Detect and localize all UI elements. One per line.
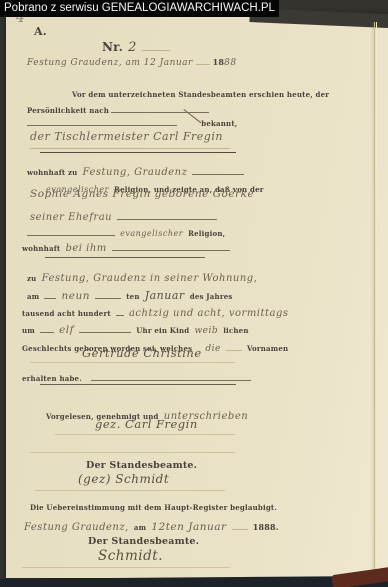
blank-line <box>40 331 54 333</box>
intro-printed-line: Vor dem unterzeichneten Standesbeamten e… <box>72 90 329 99</box>
blank-line <box>91 379 251 381</box>
certification-line: Die Uebereinstimmung mit dem Haupt-Regis… <box>30 503 277 512</box>
blank-line <box>192 173 244 175</box>
registrar-title: Der Standesbeamte. <box>86 460 197 471</box>
identity-label: Persönlichkeit nach <box>27 106 109 115</box>
registrar-signature: (gez) Schmidt <box>78 472 169 486</box>
residence2-label: wohnhaft <box>22 244 60 253</box>
blank-line <box>112 249 230 251</box>
gender-suffix: lichen <box>223 326 248 335</box>
scan-background-bottom <box>0 576 388 587</box>
birthplace-label: zu <box>27 274 36 283</box>
cert-place: Festung Graudenz, <box>24 522 129 533</box>
birthdate-des-jahres: des Jahres <box>190 292 233 301</box>
birthplace-value: Festung, Graudenz in seiner Wohnung, <box>42 273 258 284</box>
blank-line <box>44 297 56 299</box>
blank-line <box>226 349 242 351</box>
blank-line <box>30 452 235 453</box>
page-edge-line <box>374 22 375 573</box>
blank-line <box>111 111 209 113</box>
received-label: erhalten habe. <box>22 374 82 383</box>
source-caption-text: Pobrano z serwisu GENEALOGIAWARCHIWACH.P… <box>4 2 275 14</box>
blank-line <box>40 384 236 385</box>
blank-line <box>55 434 235 435</box>
record-number-value: 2 <box>128 40 137 55</box>
child-names: Gertrude Christine <box>82 346 202 360</box>
identity-known: bekannt, <box>201 119 237 128</box>
blank-line <box>45 257 205 258</box>
blank-line <box>196 63 210 65</box>
blank-line <box>117 218 217 220</box>
section-letter: A. <box>34 25 47 38</box>
birthdate-ten: ten <box>126 292 139 301</box>
blank-line <box>79 331 131 333</box>
gender-line-printed-b: Vornamen <box>247 344 288 353</box>
blank-line <box>116 314 124 316</box>
source-caption-bar: Pobrano z serwisu GENEALOGIAWARCHIWACH.P… <box>0 0 279 17</box>
record-number-label: Nr. <box>102 40 123 54</box>
mother-name: Sophie Agnes Fregin geborene Goerke <box>30 188 254 200</box>
blank-line <box>95 297 121 299</box>
birthdate-am: am <box>27 292 39 301</box>
blank-line <box>30 147 230 149</box>
residence2-value: bei ihm <box>65 243 106 254</box>
screenshot-root: Pobrano z serwisu GENEALOGIAWARCHIWACH.P… <box>0 0 388 587</box>
cert-date: 12ten Januar <box>151 521 226 533</box>
cert-year: 1888. <box>253 522 279 532</box>
year-line-printed: tausend acht hundert <box>22 309 111 318</box>
registrar-signature-2: Schmidt. <box>98 548 163 564</box>
blank-line <box>22 567 230 568</box>
cert-am: am <box>134 523 146 532</box>
dateline-year-written: 88 <box>224 58 236 68</box>
gender-line-written: die <box>205 344 220 354</box>
time-um: um <box>22 326 35 335</box>
declarant-name: der Tischlermeister Carl Fregin <box>30 130 223 143</box>
time-uhr-kind: Uhr ein Kind <box>136 326 189 335</box>
blank-line <box>232 528 248 530</box>
gender-written: weib <box>194 326 218 336</box>
registrar-title-2: Der Standesbeamte. <box>88 536 199 547</box>
dateline-year-printed: 18 <box>213 57 225 67</box>
blank-line <box>35 490 225 491</box>
dateline-handwritten: Festung Graudenz, am 12 Januar <box>27 58 193 68</box>
declarant-signature: gez. Carl Fregin <box>95 417 198 431</box>
blank-line <box>142 49 170 51</box>
blank-line <box>27 124 177 126</box>
separator-line <box>40 152 236 153</box>
time-hour: elf <box>59 324 74 336</box>
residence-label: wohnhaft zu <box>27 168 77 177</box>
blank-line <box>30 362 235 363</box>
